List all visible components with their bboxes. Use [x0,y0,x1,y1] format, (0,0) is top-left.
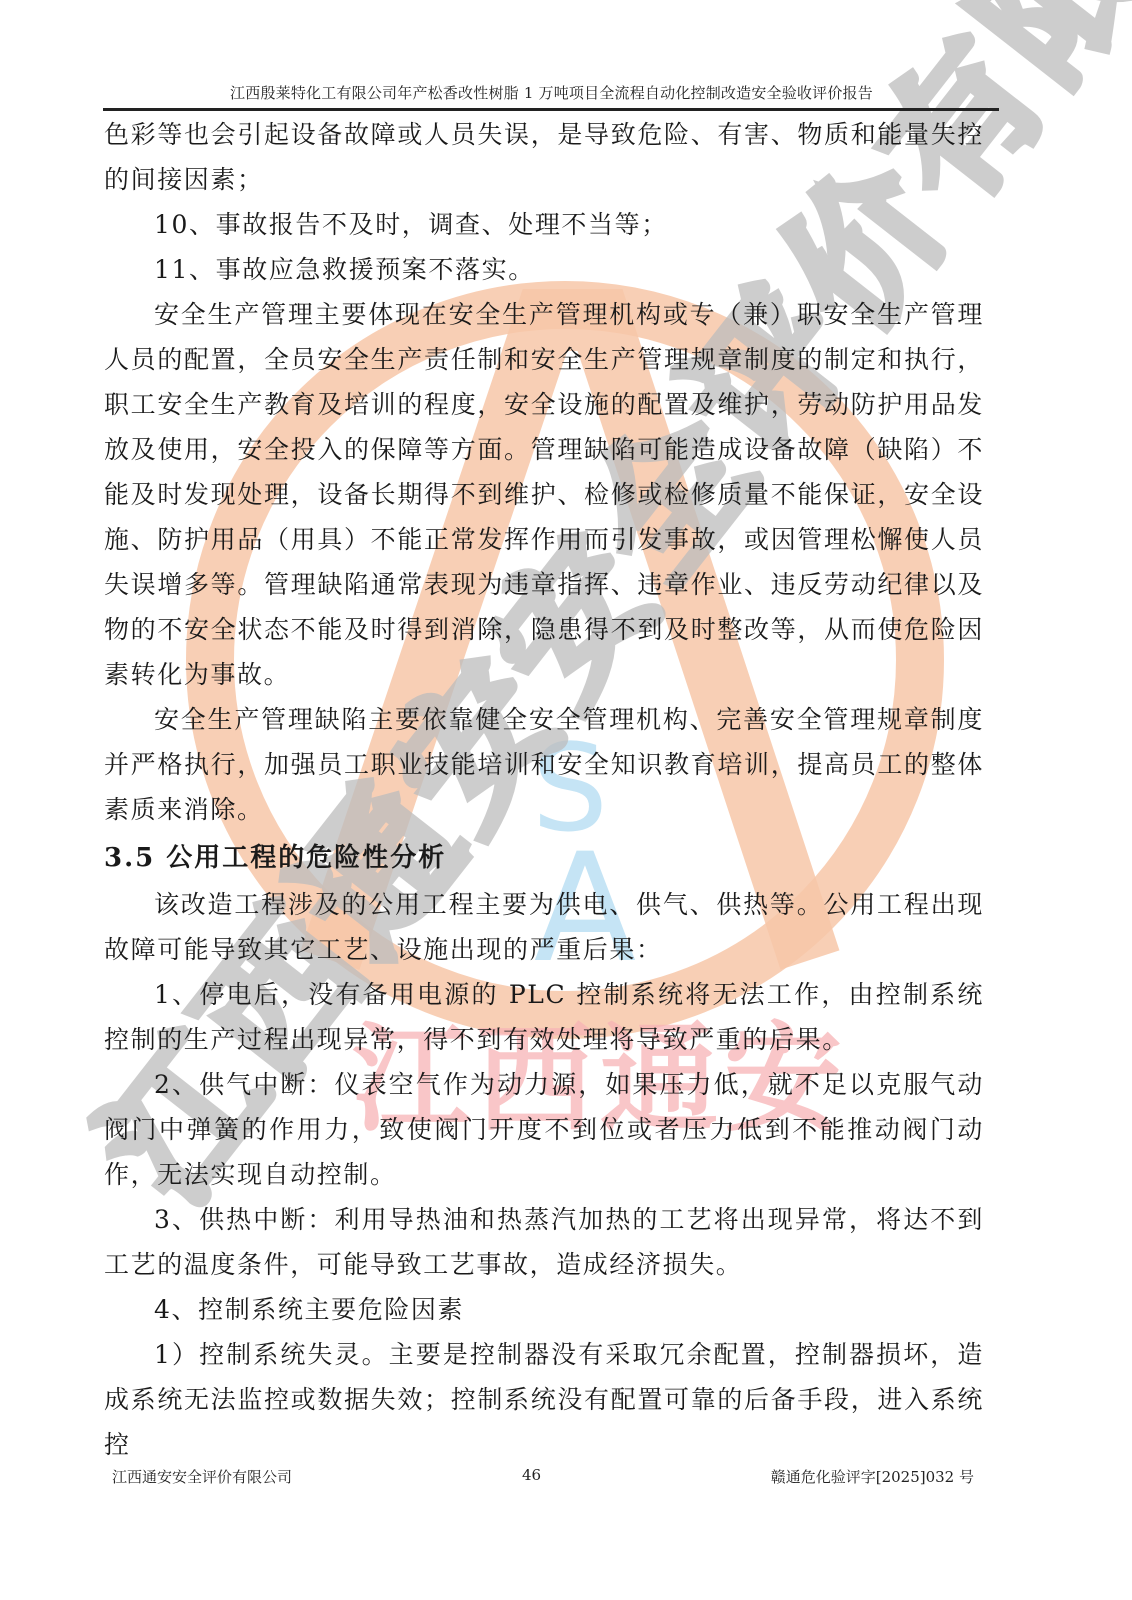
paragraph-utilities-intro: 该改造工程涉及的公用工程主要为供电、供气、供热等。公用工程出现故障可能导致其它工… [104,882,984,972]
paragraph-continued: 色彩等也会引起设备故障或人员失误，是导致危险、有害、物质和能量失控的间接因素； [104,112,984,202]
sub-item-control-failure: 1）控制系统失灵。主要是控制器没有采取冗余配置，控制器损坏，造成系统无法监控或数… [104,1332,984,1467]
list-item-power-outage: 1、停电后，没有备用电源的 PLC 控制系统将无法工作，由控制系统控制的生产过程… [104,972,984,1062]
list-item-air-supply: 2、供气中断：仪表空气作为动力源，如果压力低，就不足以克服气动阀门中弹簧的作用力… [104,1062,984,1197]
footer-doc-number: 赣通危化验评字[2025]032 号 [771,1466,974,1487]
list-item-heat-supply: 3、供热中断：利用导热油和热蒸汽加热的工艺将出现异常，将达不到工艺的温度条件，可… [104,1197,984,1287]
section-heading-3-5: 3.5 公用工程的危险性分析 [104,834,984,882]
paragraph-management: 安全生产管理主要体现在安全生产管理机构或专（兼）职安全生产管理人员的配置，全员安… [104,292,984,697]
page-footer: 江西通安安全评价有限公司 46 赣通危化验评字[2025]032 号 [104,1466,974,1488]
running-header-title: 江西殷莱特化工有限公司年产松香改性树脂 1 万吨项目全流程自动化控制改造安全验收… [105,82,998,103]
footer-company: 江西通安安全评价有限公司 [112,1466,292,1487]
list-item-11: 11、事故应急救援预案不落实。 [104,247,984,292]
document-body: 色彩等也会引起设备故障或人员失误，是导致危险、有害、物质和能量失控的间接因素； … [104,112,984,1467]
paragraph-management-remedy: 安全生产管理缺陷主要依靠健全安全管理机构、完善安全管理规章制度并严格执行，加强员… [104,697,984,832]
document-page: S A 江西通安安全评价有限公司 江西通安 江西殷莱特化工有限公司年产松香改性树… [0,0,1132,1600]
list-item-control-system: 4、控制系统主要危险因素 [104,1287,984,1332]
page-number: 46 [522,1466,541,1484]
header-divider [103,108,999,111]
list-item-10: 10、事故报告不及时，调查、处理不当等； [104,202,984,247]
